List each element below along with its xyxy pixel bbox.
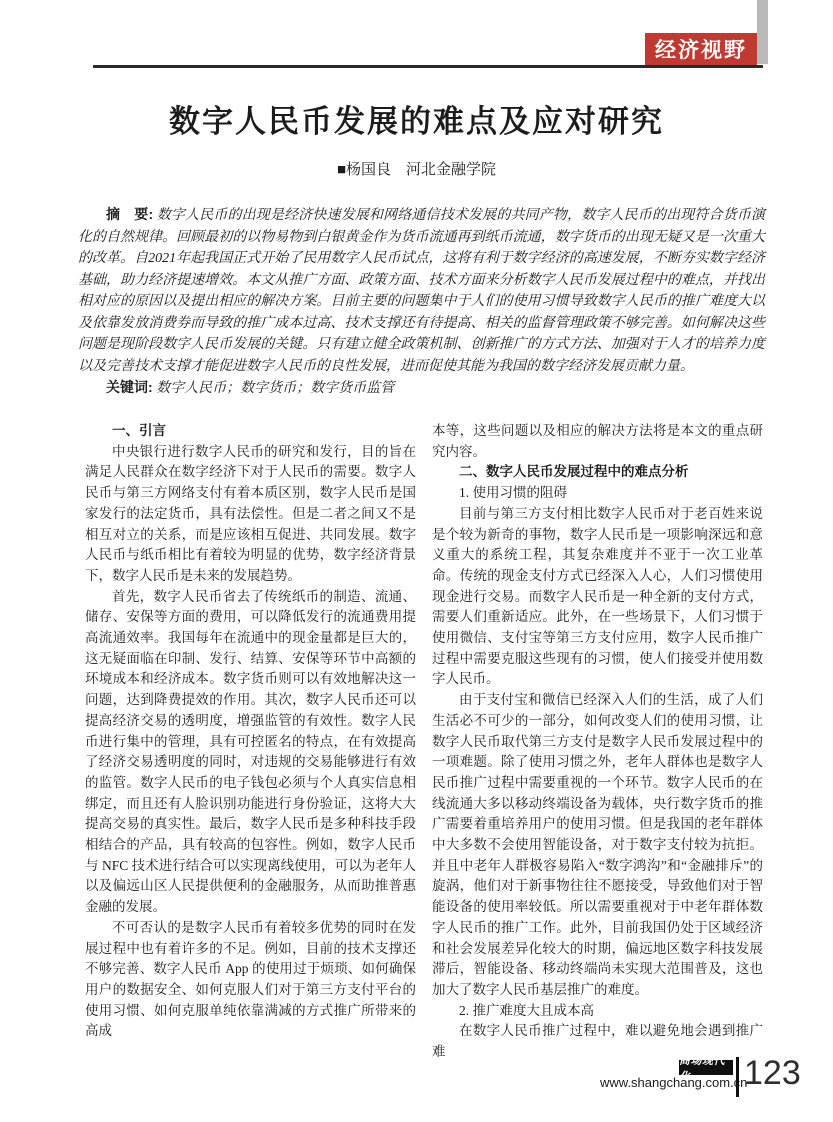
header-gray-bar [757, 0, 768, 64]
body-paragraph: 中央银行进行数字人民币的研究和发行，目的旨在满足人民群众在数字经济下对于人民币的… [85, 442, 416, 587]
keywords-label: 关键词: [106, 379, 153, 395]
body-paragraph: 目前与第三方支付相比数字人民币对于老百姓来说是个较为新奇的事物，数字人民币是一项… [432, 504, 763, 690]
abstract-section: 摘 要: 数字人民币的出现是经济快速发展和网络通信技术发展的共同产物，数字人民币… [78, 204, 765, 400]
category-badge: 经济视野 [645, 33, 757, 65]
body-paragraph: 首先，数字人民币省去了传统纸币的制造、流通、储存、安保等方面的费用，可以降低发行… [85, 587, 416, 918]
keywords-line: 关键词: 数字人民币；数字货币；数字货币监管 [78, 377, 765, 400]
section-heading-difficulties: 二、数字人民币发展过程中的难点分析 [432, 462, 763, 483]
body-paragraph: 不可否认的是数字人民币有着较多优势的同时在发展过程中也有着许多的不足。例如，目前… [85, 918, 416, 1042]
abstract-text: 数字人民币的出现是经济快速发展和网络通信技术发展的共同产物，数字人民币的出现符合… [78, 208, 765, 374]
keywords-text: 数字人民币；数字货币；数字货币监管 [156, 381, 394, 396]
article-title: 数字人民币发展的难点及应对研究 [0, 96, 833, 141]
section-heading-introduction: 一、引言 [85, 421, 416, 442]
body-paragraph: 由于支付宝和微信已经深入人们的生活，成了人们生活必不可少的一部分，如何改变人们的… [432, 690, 763, 1001]
journal-url: www.shangchang.com.cn [600, 1075, 733, 1090]
sub-heading-usage-habit: 1. 使用习惯的阻碍 [432, 483, 763, 504]
footer-divider [736, 1057, 739, 1097]
header-rule-line [93, 65, 763, 68]
journal-page: 经济视野 数字人民币发展的难点及应对研究 ■杨国良 河北金融学院 摘 要: 数字… [0, 0, 833, 1122]
body-column-left: 一、引言 中央银行进行数字人民币的研究和发行，目的旨在满足人民群众在数字经济下对… [85, 421, 416, 1042]
abstract-label: 摘 要: [106, 206, 153, 222]
page-number: 123 [744, 1054, 801, 1093]
body-column-right: 本等，这些问题以及相应的解决方法将是本文的重点研究内容。 二、数字人民币发展过程… [432, 421, 763, 1063]
abstract-paragraph: 摘 要: 数字人民币的出现是经济快速发展和网络通信技术发展的共同产物，数字人民币… [78, 204, 765, 377]
body-paragraph-continuation: 本等，这些问题以及相应的解决方法将是本文的重点研究内容。 [432, 421, 763, 462]
journal-logo: 商场现代化 [679, 1060, 733, 1075]
sub-heading-promotion-cost: 2. 推广难度大且成本高 [432, 1001, 763, 1022]
author-line: ■杨国良 河北金融学院 [0, 158, 833, 179]
